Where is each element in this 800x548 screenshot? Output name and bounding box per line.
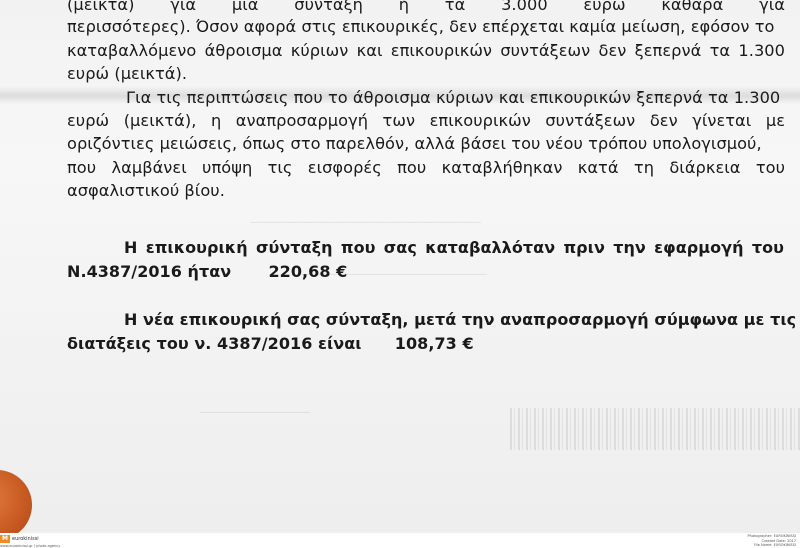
previous-pension-line1: Η επικουρική σύνταξη που σας καταβαλλότα… [124, 237, 784, 259]
paragraph1-line2: καταβαλλόμενο άθροισμα κύριων και επικου… [67, 40, 785, 62]
paragraph2-line2: οριζόντιες μειώσεις, όπως στο παρελθόν, … [67, 133, 785, 155]
paragraph1-line3: ευρώ (μεικτά). [67, 63, 785, 85]
bleed-through-text: ________________________________________… [250, 210, 481, 223]
paragraph2-line1: ευρώ (μεικτά), η αναπροσαρμογή των επικο… [67, 110, 785, 132]
paragraph2-line3: που λαμβάνει υπόψη τις εισφορές που κατα… [67, 157, 785, 179]
previous-pension-label: Ν.4387/2016 ήταν [67, 262, 231, 281]
agency-logo-icon: M [0, 535, 10, 543]
finger-thumb [0, 470, 32, 533]
bleed-through-barcode [510, 408, 800, 450]
agency-logo-subtitle: www.eurokinissi.gr | photo agency [0, 544, 60, 548]
previous-pension-line2: Ν.4387/2016 ήταν 220,68 € [67, 261, 785, 283]
bleed-through-text: ____________________ [200, 400, 310, 413]
paragraph2-line0: Για τις περιπτώσεις που το άθροισμα κύρι… [126, 87, 784, 109]
new-pension-line2: διατάξεις του ν. 4387/2016 είναι 108,73 … [67, 333, 785, 355]
paragraph1-line0: (μεικτά) για μια σύνταξη ή τα 3.000 ευρώ… [67, 0, 785, 16]
agency-logo-text: eurokinissi [12, 536, 39, 542]
photo-credits: Photographer: EUROKINISSI Created Date: … [748, 534, 796, 548]
document-photo: ________________________________________… [0, 0, 800, 533]
credit-line: Photographer: EUROKINISSI [748, 534, 796, 539]
watermark-footer [0, 533, 800, 548]
previous-pension-amount: 220,68 € [269, 262, 348, 281]
credit-line: File Name: EUROKINISSI [748, 543, 796, 548]
paragraph2-line4: ασφαλιστικού βίου. [67, 180, 785, 202]
new-pension-line1: Η νέα επικουρική σας σύνταξη, μετά την α… [124, 309, 784, 331]
paragraph1-line1: περισσότερες). Όσον αφορά στις επικουρικ… [67, 16, 785, 38]
new-pension-label: διατάξεις του ν. 4387/2016 είναι [67, 334, 362, 353]
new-pension-amount: 108,73 € [395, 334, 474, 353]
